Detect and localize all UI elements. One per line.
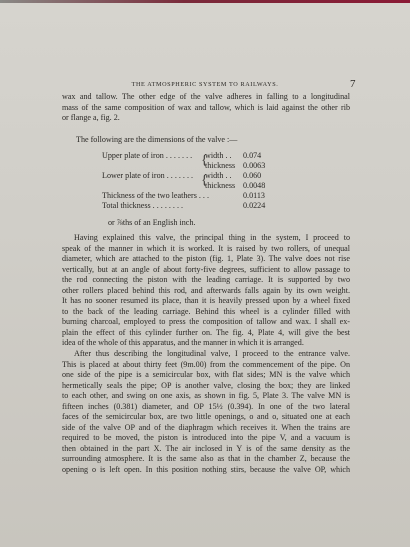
dimension-sublabel: thickness <box>205 161 235 171</box>
dimension-sublabel: thickness <box>205 181 235 191</box>
text-line: side of the valve OP and of the diaphrag… <box>62 423 350 434</box>
text-line: other rollers placed behind this rod, an… <box>62 286 350 297</box>
dimension-row: thickness 0.0048 <box>102 181 322 191</box>
dimension-sublabel: width . . <box>205 171 232 181</box>
text-line: idea of the whole of this apparatus, and… <box>62 338 350 349</box>
dimension-label: Upper plate of iron . . . . . . . <box>102 151 192 161</box>
dimension-value: 0.0063 <box>243 161 265 171</box>
text-line: hermetically seals the pipe; OP is anoth… <box>62 381 350 392</box>
paragraph-3: After thus describing the longitudinal v… <box>62 349 350 475</box>
text-line: After thus describing the longitudinal v… <box>62 349 350 360</box>
text-line: This is placed at about thirty feet (9m.… <box>62 360 350 371</box>
text-line: the rod connecting the piston with the l… <box>62 275 350 286</box>
dimension-label: Thickness of the two leathers . . . <box>102 191 209 201</box>
text-line: fifteen inches (0.381) diameter, and OP … <box>62 402 350 413</box>
dimension-label: Lower plate of iron . . . . . . . <box>102 171 193 181</box>
text-line: faces of the semicircular box, are two l… <box>62 412 350 423</box>
dimension-row: Lower plate of iron . . . . . . . { widt… <box>102 171 322 181</box>
text-line: diameter, which are attached to the pist… <box>62 254 350 265</box>
text-line: wax and tallow. The other edge of the va… <box>62 92 350 103</box>
dimension-row: thickness 0.0063 <box>102 161 322 171</box>
dimension-row: Total thickness . . . . . . . . 0.0224 <box>102 201 322 211</box>
text-line: or flange a, fig. 2. <box>62 113 350 124</box>
text-line: vertically, but at an angle of about for… <box>62 265 350 276</box>
dimension-value: 0.0113 <box>243 191 265 201</box>
text-line: It has no sooner resumed its place, than… <box>62 296 350 307</box>
text-line: mass of the same composition of wax and … <box>62 103 350 114</box>
page-number: 7 <box>350 78 356 90</box>
text-line: required to be moved, the piston is intr… <box>62 433 350 444</box>
text-line: one side of the pipe is a semicircular b… <box>62 370 350 381</box>
text-line: opening o is left open. In this position… <box>62 465 350 476</box>
text-line: then obtained in the part X. The air inc… <box>62 444 350 455</box>
paragraph-1: wax and tallow. The other edge of the va… <box>62 92 350 124</box>
dimension-value: 0.074 <box>243 151 261 161</box>
text-line: to each other, and swing on one axis, as… <box>62 391 350 402</box>
running-head: THE ATMOSPHERIC SYSTEM TO RAILWAYS. <box>0 81 410 88</box>
dimension-sublabel: width . . <box>205 151 232 161</box>
dimension-label: Total thickness . . . . . . . . <box>102 201 183 211</box>
text-line: Having explained this valve, the princip… <box>62 233 350 244</box>
dimensions-intro: The following are the dimensions of the … <box>76 135 237 144</box>
dimension-value: 0.0224 <box>243 201 265 211</box>
dimension-row: Thickness of the two leathers . . . 0.01… <box>102 191 322 201</box>
text-line: burning charcoal, employed to press the … <box>62 317 350 328</box>
text-line: plain the effect of this cylinder furthe… <box>62 328 350 339</box>
dimension-row: Upper plate of iron . . . . . . . { widt… <box>102 151 322 161</box>
dimensions-table: Upper plate of iron . . . . . . . { widt… <box>102 151 322 211</box>
text-line: to the back of the leading carriage. Beh… <box>62 307 350 318</box>
dimension-value: 0.0048 <box>243 181 265 191</box>
dimensions-note: or ⅞ths of an English inch. <box>108 218 195 227</box>
text-line: speak of the manner in which it is worke… <box>62 244 350 255</box>
text-line: surrounding atmosphere. It is the same a… <box>62 454 350 465</box>
paragraph-2: Having explained this valve, the princip… <box>62 233 350 349</box>
dimension-value: 0.060 <box>243 171 261 181</box>
